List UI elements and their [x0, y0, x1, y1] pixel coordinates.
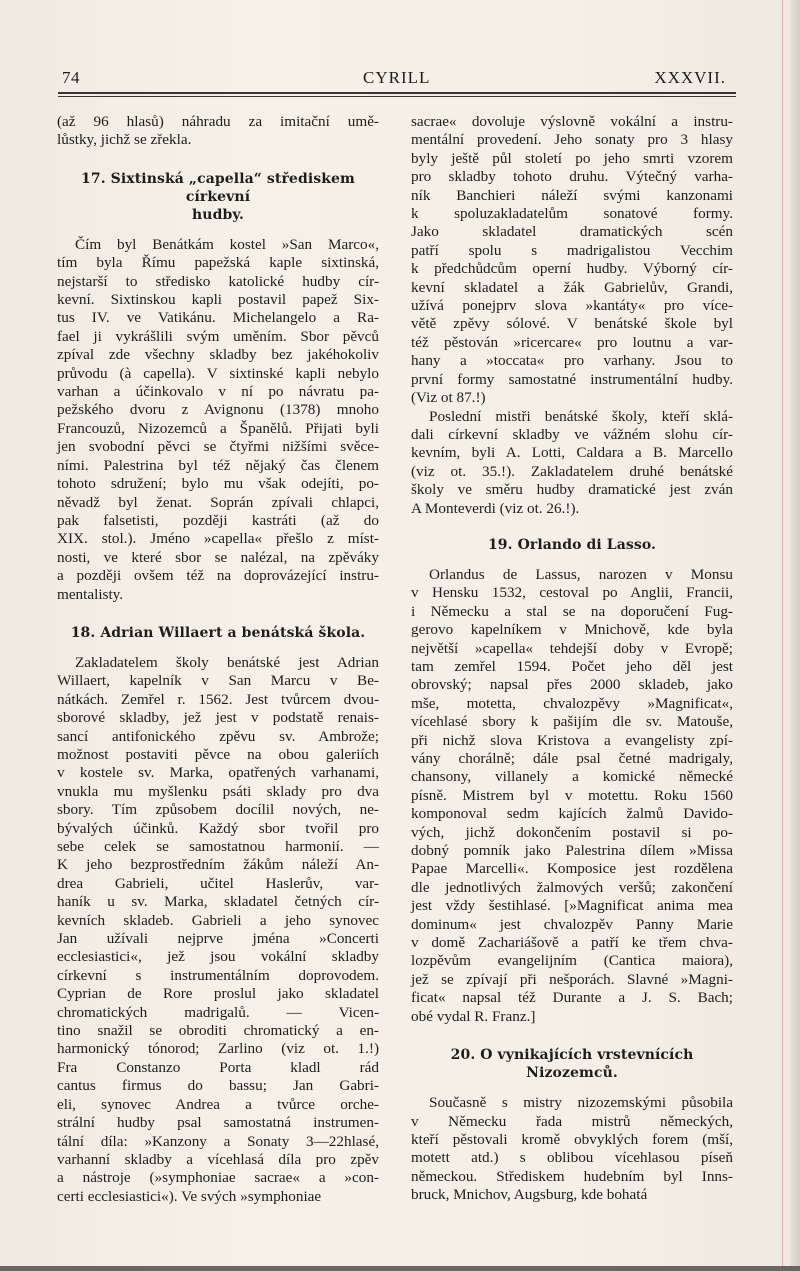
- text-line: možnost postaviti pěvce na obou galeriíc…: [57, 746, 379, 764]
- text-line: eli, synovec Andrea a tvůrce orche-: [57, 1096, 379, 1114]
- text-line: Jan užívali nejprve jména »Concerti: [57, 930, 379, 948]
- text-line: obé vydal R. Franz.]: [411, 1008, 733, 1026]
- text-line: k předchůdcům operní hudby. Výborný cír-: [411, 260, 733, 278]
- text-line: Fra Constanzo Porta kladl rád: [57, 1059, 379, 1077]
- text-line: haník u sv. Marka, skladatel četných cír…: [57, 893, 379, 911]
- text-line: ními. Palestrina byl též nějaký čas člen…: [57, 457, 379, 475]
- text-line: jen svobodní pěvci se čtyřmi nižšími svě…: [57, 438, 379, 456]
- text-line: strální hudby psal samostatná instrumen-: [57, 1114, 379, 1132]
- text-line: Poslední mistři benátské školy, kteří sk…: [411, 408, 733, 426]
- text-line: ník Banchieri náleží svými kanzonami: [411, 187, 733, 205]
- section-20-heading: 20. O vynikajících vrstevnících Nizozemc…: [411, 1046, 733, 1082]
- page-edge: [790, 0, 800, 1271]
- intro-paragraph: (až 96 hlasů) náhradu za imitační umě- l…: [57, 113, 379, 150]
- text-line: tím byla Římu papežská kaple sixtinská,: [57, 254, 379, 272]
- text-line: gerovo kapelníkem v Mnichově, kde byla: [411, 621, 733, 639]
- text-line: dobný pomník jako Palestrina dílem »Miss…: [411, 842, 733, 860]
- section-19-heading: 19. Orlando di Lasso.: [411, 536, 733, 554]
- running-header: 74 CYRILL XXXVII.: [58, 68, 736, 90]
- page-margin-line: [782, 0, 783, 1271]
- text-line: ecclesiastici«, jež jsou vokální skladby: [57, 948, 379, 966]
- text-line: Willaert, kapelník v San Marcu v Be-: [57, 672, 379, 690]
- text-line: (až 96 hlasů) náhradu za imitační umě-: [57, 113, 379, 131]
- right-column: sacrae« dovoluje výslovně vokální a inst…: [411, 113, 733, 1205]
- text-line: Orlandus de Lassus, narozen v Monsu: [411, 566, 733, 584]
- text-line: fael ji vykrášlili svým uměním. Sbor pěv…: [57, 328, 379, 346]
- text-line: v Německu řada mistrů německých,: [411, 1113, 733, 1131]
- left-column: (až 96 hlasů) náhradu za imitační umě- l…: [57, 113, 379, 1206]
- text-line: průvodu (à capella). V sixtinské kapli n…: [57, 365, 379, 383]
- text-line: patří spolu s madrigalistou Vecchim: [411, 242, 733, 260]
- text-line: jest vždy šestihlasé. [»Magnificat anima…: [411, 897, 733, 915]
- text-line: písně. Mistrem byl v motettu. Roku 1560: [411, 787, 733, 805]
- text-line: dominum« jest chvalozpěv Panny Marie: [411, 916, 733, 934]
- text-line: vány chorálně; dále psal četné madrigaly…: [411, 750, 733, 768]
- text-line: komponoval sedm kajících žalmů Davido-: [411, 805, 733, 823]
- text-line: Papae Marcelli«. Komposice jest rozdělen…: [411, 860, 733, 878]
- text-line: též pěstován »ricercare« pro loutnu a va…: [411, 334, 733, 352]
- text-line: v domě Zachariášově a patří ke třem chva…: [411, 934, 733, 952]
- text-line: tální díla: »Kanzony a Sonaty 3—22hlasé,: [57, 1133, 379, 1151]
- section-18-heading: 18. Adrian Willaert a benátská škola.: [57, 624, 379, 642]
- text-line: pro skladby tohoto druhu. Výtečný varha-: [411, 168, 733, 186]
- text-line: větě zpěvy sólové. V benátské škole byl: [411, 315, 733, 333]
- text-line: sbory. Tím způsobem docílil nových, ne-: [57, 801, 379, 819]
- text-line: mentální provedení. Jeho sonaty pro 3 hl…: [411, 131, 733, 149]
- text-line: kevní skladatel a žák Gabrielův, Grandi,: [411, 279, 733, 297]
- text-line: nosti, ve které sbor se nalézal, na zpěv…: [57, 549, 379, 567]
- text-line: vých, jichž dokončením postavil si po-: [411, 824, 733, 842]
- text-line: chansony, villanely a komické německé: [411, 768, 733, 786]
- text-line: hany a »toccata« pro varhany. Jsou to: [411, 352, 733, 370]
- text-line: a později ovšem též na doprovázející ins…: [57, 567, 379, 585]
- text-line: A Monteverdi (viz ot. 26.!).: [411, 500, 733, 518]
- text-line: školy ve směru hudby dramatické jest zvá…: [411, 481, 733, 499]
- text-line: něvadž byl ženat. Soprán zpívali chlapci…: [57, 494, 379, 512]
- text-line: vnukla mu myšlenku psáti sklady pro dva: [57, 783, 379, 801]
- text-line: vícehlasé sbory k pašijím dle sv. Matouš…: [411, 713, 733, 731]
- text-line: dali církevní skladby ve vážném slohu cí…: [411, 426, 733, 444]
- page-number: 74: [62, 68, 80, 88]
- text-line: (Viz ot 87.!): [411, 389, 733, 407]
- text-line: kevním, byli A. Lotti, Caldara a B. Marc…: [411, 444, 733, 462]
- text-line: tino snažil se obroditi chromatický a en…: [57, 1022, 379, 1040]
- text-line: chromatických madrigalů. — Vicen-: [57, 1004, 379, 1022]
- continuation-paragraph: sacrae« dovoluje výslovně vokální a inst…: [411, 113, 733, 408]
- text-line: v Hensku 1532, cestoval po Anglii, Franc…: [411, 584, 733, 602]
- text-line: nejstarší to středisko katolické hudby c…: [57, 273, 379, 291]
- text-line: jež se zpívají při nešporách. Slavné »Ma…: [411, 971, 733, 989]
- header-rule-thick: [58, 92, 736, 94]
- section-18-body: Zakladatelem školy benátské jest AdrianW…: [57, 654, 379, 1206]
- volume-number: XXXVII.: [654, 68, 726, 88]
- section-17-body: Čím byl Benátkám kostel »San Marco«,tím …: [57, 236, 379, 604]
- text-line: varhanní skladby a vícehlasá díla pro zp…: [57, 1151, 379, 1169]
- text-line: cantus firmus do bassu; Jan Gabri-: [57, 1077, 379, 1095]
- header-rule-thin: [58, 96, 736, 97]
- text-line: harmonický tónorod; Zarlino (viz ot. 1.!…: [57, 1040, 379, 1058]
- text-line: německou. Střediskem hudebním byl Inns-: [411, 1168, 733, 1186]
- text-line: XIX. stol.). Jméno »capella« přešlo z mí…: [57, 530, 379, 548]
- last-masters-paragraph: Poslední mistři benátské školy, kteří sk…: [411, 408, 733, 518]
- text-line: sacrae« dovoluje výslovně vokální a inst…: [411, 113, 733, 131]
- text-line: sborové skladby, jež jest v podstatě ren…: [57, 709, 379, 727]
- text-line: Cyprian de Rore proslul jako skladatel: [57, 985, 379, 1003]
- text-line: církevní s instrumentálním doprovodem.: [57, 967, 379, 985]
- text-line: mentalisty.: [57, 586, 379, 604]
- text-line: pežského dvoru z Avignonu (1378) mnoho: [57, 401, 379, 419]
- text-line: ficat« napsal též Durante a J. S. Bach;: [411, 989, 733, 1007]
- text-line: tohoto sdružení; bylo mu však odejíti, p…: [57, 475, 379, 493]
- text-line: Zakladatelem školy benátské jest Adrian: [57, 654, 379, 672]
- text-line: mše, motetta, chvalozpěvy »Magnificat«,: [411, 695, 733, 713]
- text-line: varhan a účinkovalo v ní po návratu pa-: [57, 383, 379, 401]
- text-line: obrovský; napsal přes 2000 skladeb, jako: [411, 676, 733, 694]
- section-19-body: Orlandus de Lassus, narozen v Monsuv Hen…: [411, 566, 733, 1026]
- text-line: drea Gabrieli, učitel Haslerův, var-: [57, 875, 379, 893]
- text-line: v kostele sv. Marka, opatřených varhanam…: [57, 764, 379, 782]
- text-line: i Německu a stal se na doporučení Fug-: [411, 603, 733, 621]
- text-line: bruck, Mnichov, Augsburg, kde bohatá: [411, 1186, 733, 1204]
- text-line: dle jednotlivých žalmových veršů; zakonč…: [411, 879, 733, 897]
- text-line: tam zemřel 1594. Počet jeho děl jest: [411, 658, 733, 676]
- text-line: tus IV. ve Vatikánu. Michelangelo a Ra-: [57, 309, 379, 327]
- text-line: Jako skladatel dramatických scén: [411, 223, 733, 241]
- text-line: sebe celek se samostatnou harmonií. —: [57, 838, 379, 856]
- text-line: Současně s mistry nizozemskými působila: [411, 1094, 733, 1112]
- text-line: zpíval zde všechny skladby bez jakéhokol…: [57, 346, 379, 364]
- text-line: motett atd.) s oblibou vícehlasou píseň: [411, 1149, 733, 1167]
- text-line: bývalých účinků. Každý sbor tvořil pro: [57, 820, 379, 838]
- text-line: Čím byl Benátkám kostel »San Marco«,: [57, 236, 379, 254]
- text-line: lozpěvům evangelijním (Cantica maiora),: [411, 952, 733, 970]
- text-line: K jeho bezprostředním žákům náleží An-: [57, 856, 379, 874]
- text-line: kevních skladeb. Gabrieli a jeho synovec: [57, 912, 379, 930]
- text-line: a nástroje (»symphoniae sacrae« a »con-: [57, 1169, 379, 1187]
- text-line: byly ještě půl století po jeho smrti vzo…: [411, 150, 733, 168]
- section-20-body: Současně s mistry nizozemskými působilav…: [411, 1094, 733, 1204]
- text-line: první formy samostatné instrumentální hu…: [411, 371, 733, 389]
- text-line: pak falsetisti, později kastráti (až do: [57, 512, 379, 530]
- text-line: Francouzů, Nizozemců a Španělů. Přijati …: [57, 420, 379, 438]
- page-bottom-edge: [0, 1266, 800, 1271]
- running-title: CYRILL: [363, 68, 430, 88]
- text-line: při nichž slova Kristova a evangelisty z…: [411, 732, 733, 750]
- text-line: certi ecclesiastici«). Ve svých »symphon…: [57, 1188, 379, 1206]
- text-line: největší »capella« tehdejší doby v Evrop…: [411, 640, 733, 658]
- text-line: nátkách. Zemřel r. 1562. Jest tvůrcem dv…: [57, 691, 379, 709]
- section-17-heading: 17. Sixtinská „capella“ střediskem círke…: [57, 170, 379, 224]
- text-line: kevní. Sixtinskou kapli postavil papež S…: [57, 291, 379, 309]
- text-line: k spoluzakladatelům sonatové formy.: [411, 205, 733, 223]
- text-line: užívá ponejprv slova »kantáty« pro více-: [411, 297, 733, 315]
- heading-line: 17. Sixtinská „capella“ střediskem círke…: [57, 170, 379, 206]
- text-line: lůstky, jichž se zřekla.: [57, 131, 379, 149]
- text-line: kteří pěstovali kromě obvyklých forem (m…: [411, 1131, 733, 1149]
- heading-line: hudby.: [57, 206, 379, 224]
- text-line: (viz ot. 35.!). Zakladatelem druhé benát…: [411, 463, 733, 481]
- text-line: sancí antifonického zpěvu sv. Ambrože;: [57, 728, 379, 746]
